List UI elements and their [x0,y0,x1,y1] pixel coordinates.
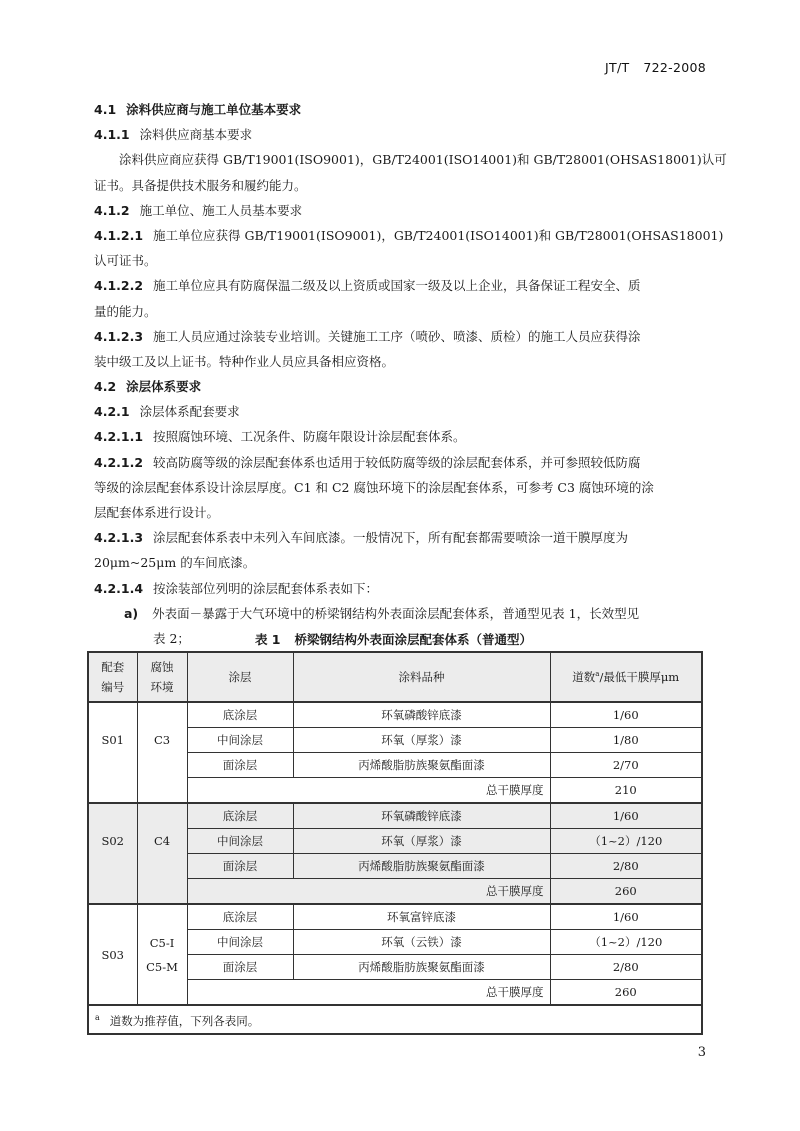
product-cell: 环氧（云铁）漆 [293,930,550,955]
clause-4-1-2-2: 4.1.2.2施工单位应具有防腐保温二级及以上资质或国家一级及以上企业，具备保证… [94,273,706,298]
paragraph: 装中级工及以上证书。特种作业人员应具备相应资格。 [94,349,706,374]
layer-cell: 底涂层 [187,803,293,829]
product-cell: 环氧磷酸锌底漆 [293,803,550,829]
coats-cell: 1/60 [550,702,702,728]
layer-cell: 中间涂层 [187,930,293,955]
layer-cell: 面涂层 [187,955,293,980]
system-no-cell: S01 [88,702,137,778]
product-cell: 环氧富锌底漆 [293,904,550,930]
standard-number: 722-2008 [643,60,706,75]
table-caption: 表 1桥梁钢结构外表面涂层配套体系（普通型） [87,629,700,651]
product-cell: 环氧（厚浆）漆 [293,829,550,854]
page-number: 3 [698,1045,706,1060]
environment-cell: C5-IC5-M [137,904,187,1005]
section-heading-4-1: 4.1涂料供应商与施工单位基本要求 [94,97,706,122]
header-product: 涂料品种 [293,652,550,702]
system-no-cell: S02 [88,803,137,879]
header-environment: 腐蚀环境 [137,652,187,702]
table-header-row: 配套编号 腐蚀环境 涂层 涂料品种 道数a/最低干膜厚μm [88,652,702,702]
total-label: 总干膜厚度 [187,980,550,1006]
document-body: 4.1涂料供应商与施工单位基本要求 4.1.1涂料供应商基本要求 涂料供应商应获… [94,97,706,651]
header-system-no: 配套编号 [88,652,137,702]
clause-4-2-1-1: 4.2.1.1按照腐蚀环境、工况条件、防腐年限设计涂层配套体系。 [94,424,706,449]
total-label: 总干膜厚度 [187,879,550,905]
total-row: 总干膜厚度 210 [88,778,702,804]
total-label: 总干膜厚度 [187,778,550,804]
environment-cell: C3 [137,702,187,778]
paragraph: 量的能力。 [94,299,706,324]
total-value: 210 [550,778,702,804]
product-cell: 环氧（厚浆）漆 [293,728,550,753]
standard-prefix: JT/T [605,60,629,75]
standard-header: JT/T722-2008 [605,60,706,75]
coats-cell: 2/80 [550,955,702,980]
clause-4-1-2-1: 4.1.2.1施工单位应获得 GB/T19001(ISO9001)，GB/T24… [94,223,706,248]
coats-cell: 1/60 [550,803,702,829]
section-heading-4-2-1: 4.2.1涂层体系配套要求 [94,399,706,424]
paragraph: 20μm~25μm 的车间底漆。 [94,550,706,575]
product-cell: 环氧磷酸锌底漆 [293,702,550,728]
paragraph: 等级的涂层配套体系设计涂层厚度。C1 和 C2 腐蚀环境下的涂层配套体系，可参考… [94,475,706,500]
header-coats-thickness: 道数a/最低干膜厚μm [550,652,702,702]
layer-cell: 中间涂层 [187,829,293,854]
table-row: S03 C5-IC5-M 底涂层 环氧富锌底漆 1/60 [88,904,702,930]
product-cell: 丙烯酸脂肪族聚氨酯面漆 [293,955,550,980]
clause-4-2-1-4: 4.2.1.4按涂装部位列明的涂层配套体系表如下： [94,576,706,601]
section-heading-4-1-1: 4.1.1涂料供应商基本要求 [94,122,706,147]
environment-cell: C4 [137,803,187,879]
product-cell: 丙烯酸脂肪族聚氨酯面漆 [293,854,550,879]
layer-cell: 底涂层 [187,904,293,930]
clause-4-2-1-3: 4.2.1.3涂层配套体系表中未列入车间底漆。一般情况下，所有配套都需要喷涂一道… [94,525,706,550]
coats-cell: 1/80 [550,728,702,753]
layer-cell: 面涂层 [187,854,293,879]
coating-system-table: 配套编号 腐蚀环境 涂层 涂料品种 道数a/最低干膜厚μm S01 C3 底涂层… [87,651,703,1035]
paragraph: 涂料供应商应获得 GB/T19001(ISO9001)，GB/T24001(IS… [94,147,706,172]
section-heading-4-1-2: 4.1.2施工单位、施工人员基本要求 [94,198,706,223]
table-row: S01 C3 底涂层 环氧磷酸锌底漆 1/60 [88,702,702,728]
total-value: 260 [550,879,702,905]
paragraph: 认可证书。 [94,248,706,273]
product-cell: 丙烯酸脂肪族聚氨酯面漆 [293,753,550,778]
layer-cell: 底涂层 [187,702,293,728]
layer-cell: 中间涂层 [187,728,293,753]
coats-cell: 1/60 [550,904,702,930]
system-no-cell: S03 [88,904,137,1005]
list-item-a: a)外表面－暴露于大气环境中的桥梁钢结构外表面涂层配套体系，普通型见表 1，长效… [94,601,706,626]
table-row: S02 C4 底涂层 环氧磷酸锌底漆 1/60 [88,803,702,829]
footnote-row: a道数为推荐值，下列各表同。 [88,1005,702,1034]
coats-cell: 2/70 [550,753,702,778]
layer-cell: 面涂层 [187,753,293,778]
total-value: 260 [550,980,702,1006]
paragraph: 层配套体系进行设计。 [94,500,706,525]
total-row: 总干膜厚度 260 [88,879,702,905]
paragraph: 证书。具备提供技术服务和履约能力。 [94,173,706,198]
table-caption-title: 桥梁钢结构外表面涂层配套体系（普通型） [295,632,533,647]
table-footnote: a道数为推荐值，下列各表同。 [88,1005,702,1034]
table-caption-label: 表 1 [255,632,281,647]
coats-cell: （1~2）/120 [550,829,702,854]
header-layer: 涂层 [187,652,293,702]
section-heading-4-2: 4.2涂层体系要求 [94,374,706,399]
coats-cell: 2/80 [550,854,702,879]
clause-4-1-2-3: 4.1.2.3施工人员应通过涂装专业培训。关键施工工序（喷砂、喷漆、质检）的施工… [94,324,706,349]
coats-cell: （1~2）/120 [550,930,702,955]
clause-4-2-1-2: 4.2.1.2较高防腐等级的涂层配套体系也适用于较低防腐等级的涂层配套体系，并可… [94,450,706,475]
